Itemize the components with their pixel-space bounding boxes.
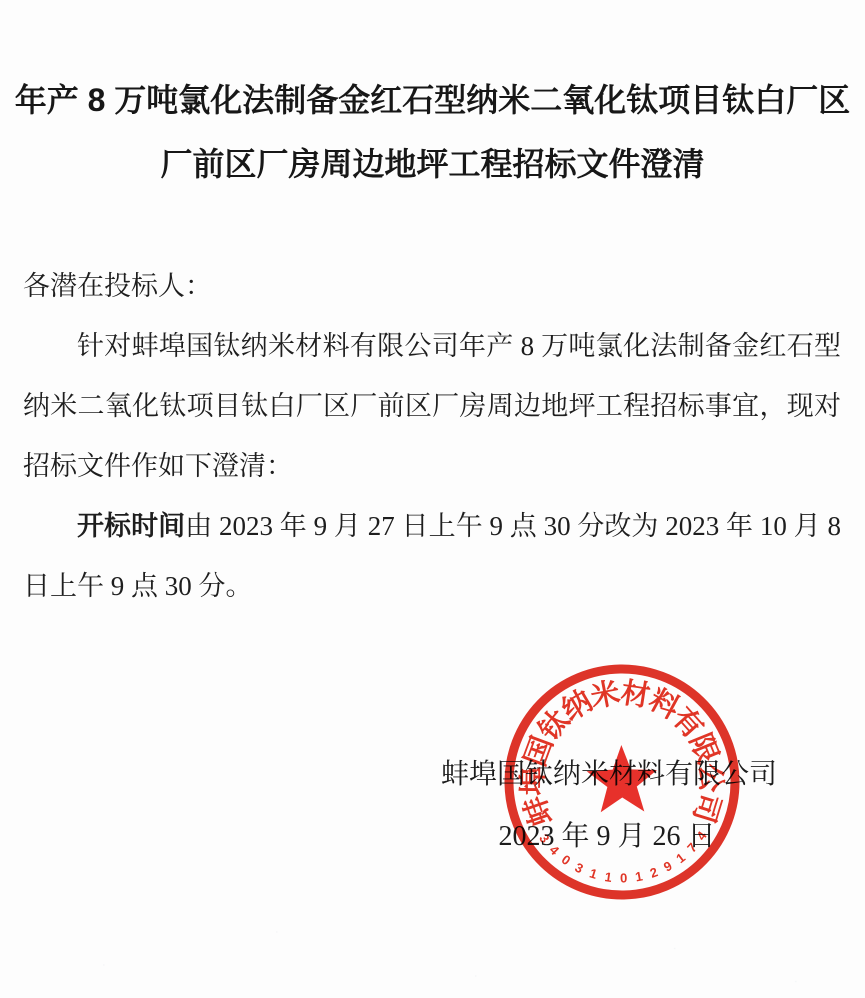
seal-arc-character: 埠: [517, 766, 550, 795]
seal-serial-digit: 1: [604, 869, 613, 885]
bid-opening-time-label: 开标时间: [77, 511, 185, 541]
seal-serial-digit: 1: [673, 850, 688, 866]
seal-serial-digit: 1: [634, 868, 644, 884]
seal-serial-digit: 3: [536, 831, 552, 846]
seal-serial-digit: 9: [661, 858, 675, 875]
seal-serial-digit: 4: [693, 828, 710, 843]
company-seal-stamp: 蚌埠国钛纳米材料有限公司3403110129174: [485, 645, 760, 920]
seal-arc-character: 蚌: [518, 792, 559, 830]
seal-serial-digit: 0: [559, 852, 574, 868]
clarification-paragraph: 针对蚌埠国钛纳米材料有限公司年产 8 万吨氯化法制备金红石型纳米二氧化钛项目钛白…: [23, 316, 841, 496]
bid-opening-time-paragraph: 开标时间由 2023 年 9 月 27 日上午 9 点 30 分改为 2023 …: [23, 496, 841, 616]
seal-serial-digit: 1: [588, 865, 599, 881]
salutation-text: 各潜在投标人：: [23, 256, 841, 316]
seal-serial-digit: 3: [573, 860, 586, 877]
seal-arc-character: 司: [687, 789, 727, 826]
seal-arc-character: 公: [693, 763, 726, 793]
document-title-line2: 厂前区厂房周边地坪工程招标文件澄清: [0, 147, 865, 182]
seal-serial-digit: 7: [684, 840, 700, 856]
seal-serial-digit: 4: [546, 842, 562, 858]
document-title-line1: 年产 8 万吨氯化法制备金红石型纳米二氧化钛项目钛白厂区: [0, 83, 865, 118]
seal-serial-digit: 0: [620, 870, 627, 885]
document-body: 各潜在投标人： 针对蚌埠国钛纳米材料有限公司年产 8 万吨氯化法制备金红石型纳米…: [23, 256, 841, 616]
seal-serial-digit: 2: [648, 864, 660, 881]
seal-arc-character: 米: [588, 676, 623, 714]
document-page: 年产 8 万吨氯化法制备金红石型纳米二氧化钛项目钛白厂区 厂前区厂房周边地坪工程…: [0, 0, 865, 998]
star-icon: [586, 744, 658, 812]
